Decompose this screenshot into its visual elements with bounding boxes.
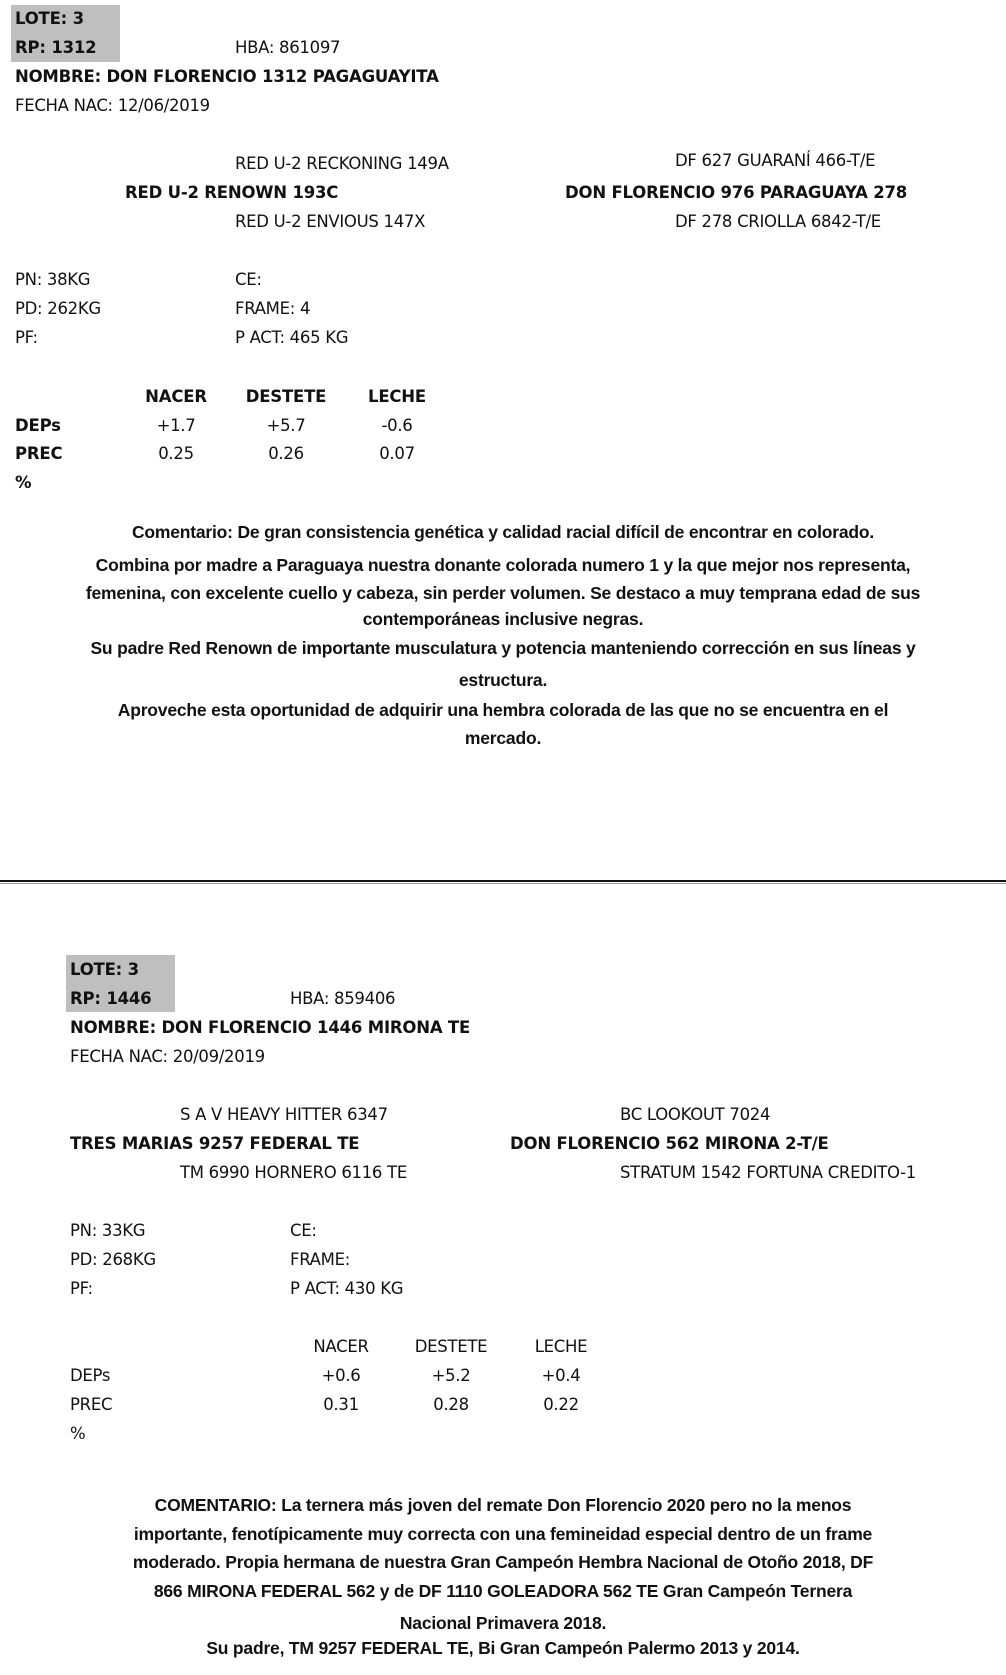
circunferencia-escrotal: CE: (290, 1221, 317, 1241)
comment-line: femenina, con excelente cuello y cabeza,… (0, 583, 1006, 604)
comment-line: mercado. (0, 728, 1006, 749)
prec-value-destete: 0.28 (433, 1395, 469, 1415)
birth-date: FECHA NAC: 12/06/2019 (15, 96, 210, 116)
deps-value-destete: +5.7 (267, 416, 306, 436)
section-divider (0, 880, 1006, 882)
lote-number: LOTE: 3 (70, 960, 139, 980)
hba-number: HBA: 859406 (290, 989, 395, 1009)
deps-row-label: DEPs (70, 1366, 110, 1386)
comment-line: estructura. (0, 670, 1006, 691)
prec-row-label: PREC (15, 444, 62, 464)
peso-actual: P ACT: 430 KG (290, 1279, 403, 1299)
prec-value-leche: 0.07 (379, 444, 415, 464)
dam-sire: DF 627 GUARANÍ 466-T/E (675, 151, 875, 171)
comment-line: COMENTARIO: La ternera más joven del rem… (0, 1495, 1006, 1516)
peso-nacer: PN: 33KG (70, 1221, 145, 1241)
frame: FRAME: 4 (235, 299, 310, 319)
sire-dam: TM 6990 HORNERO 6116 TE (180, 1163, 407, 1183)
sire-sire: RED U-2 RECKONING 149A (235, 154, 449, 174)
dam: DON FLORENCIO 976 PARAGUAYA 278 (565, 183, 907, 203)
comment-line: 866 MIRONA FEDERAL 562 y de DF 1110 GOLE… (0, 1581, 1006, 1602)
section-divider-shadow (0, 883, 1006, 884)
prec-row-label: PREC (70, 1395, 112, 1415)
peso-destete: PD: 262KG (15, 299, 101, 319)
dam-dam: STRATUM 1542 FORTUNA CREDITO-1 (620, 1163, 916, 1183)
rp-number: RP: 1312 (15, 38, 96, 58)
birth-date: FECHA NAC: 20/09/2019 (70, 1047, 265, 1067)
frame: FRAME: (290, 1250, 350, 1270)
comment-line: Su padre Red Renown de importante muscul… (0, 638, 1006, 659)
deps-value-nacer: +1.7 (157, 416, 196, 436)
comment-line: Nacional Primavera 2018. (0, 1613, 1006, 1634)
peso-destete: PD: 268KG (70, 1250, 156, 1270)
deps-value-leche: +0.4 (542, 1366, 581, 1386)
comment-line: Su padre, TM 9257 FEDERAL TE, Bi Gran Ca… (0, 1638, 1006, 1659)
comment-line: Comentario: De gran consistencia genétic… (0, 522, 1006, 543)
dam-dam: DF 278 CRIOLLA 6842-T/E (675, 212, 881, 232)
sire-dam: RED U-2 ENVIOUS 147X (235, 212, 425, 232)
comment-line: Combina por madre a Paraguaya nuestra do… (0, 555, 1006, 576)
comment-line: moderado. Propia hermana de nuestra Gran… (0, 1552, 1006, 1573)
prec-value-leche: 0.22 (543, 1395, 579, 1415)
deps-header-leche: LECHE (535, 1337, 587, 1357)
sire: TRES MARIAS 9257 FEDERAL TE (70, 1134, 359, 1154)
peso-final: PF: (70, 1279, 93, 1299)
prec-pct-label: % (70, 1424, 85, 1444)
peso-final: PF: (15, 328, 38, 348)
prec-pct-label: % (15, 473, 31, 493)
comment-line: contemporáneas inclusive negras. (0, 609, 1006, 630)
sire: RED U-2 RENOWN 193C (125, 183, 338, 203)
deps-header-destete: DESTETE (246, 387, 327, 407)
comment-line: Aproveche esta oportunidad de adquirir u… (0, 700, 1006, 721)
lote-number: LOTE: 3 (15, 9, 84, 29)
peso-nacer: PN: 38KG (15, 270, 90, 290)
deps-value-nacer: +0.6 (322, 1366, 361, 1386)
comment-line: importante, fenotípicamente muy correcta… (0, 1524, 1006, 1545)
deps-header-leche: LECHE (368, 387, 426, 407)
dam: DON FLORENCIO 562 MIRONA 2-T/E (510, 1134, 829, 1154)
circunferencia-escrotal: CE: (235, 270, 262, 290)
deps-header-nacer: NACER (313, 1337, 368, 1357)
deps-value-leche: -0.6 (382, 416, 413, 436)
deps-header-destete: DESTETE (415, 1337, 488, 1357)
hba-number: HBA: 861097 (235, 38, 340, 58)
dam-sire: BC LOOKOUT 7024 (620, 1105, 770, 1125)
prec-value-nacer: 0.25 (158, 444, 194, 464)
peso-actual: P ACT: 465 KG (235, 328, 348, 348)
animal-name: NOMBRE: DON FLORENCIO 1446 MIRONA TE (70, 1018, 470, 1038)
sire-sire: S A V HEAVY HITTER 6347 (180, 1105, 388, 1125)
rp-number: RP: 1446 (70, 989, 151, 1009)
prec-value-destete: 0.26 (268, 444, 304, 464)
deps-row-label: DEPs (15, 416, 61, 436)
animal-name: NOMBRE: DON FLORENCIO 1312 PAGAGUAYITA (15, 67, 439, 87)
deps-header-nacer: NACER (145, 387, 207, 407)
prec-value-nacer: 0.31 (323, 1395, 359, 1415)
deps-value-destete: +5.2 (432, 1366, 471, 1386)
